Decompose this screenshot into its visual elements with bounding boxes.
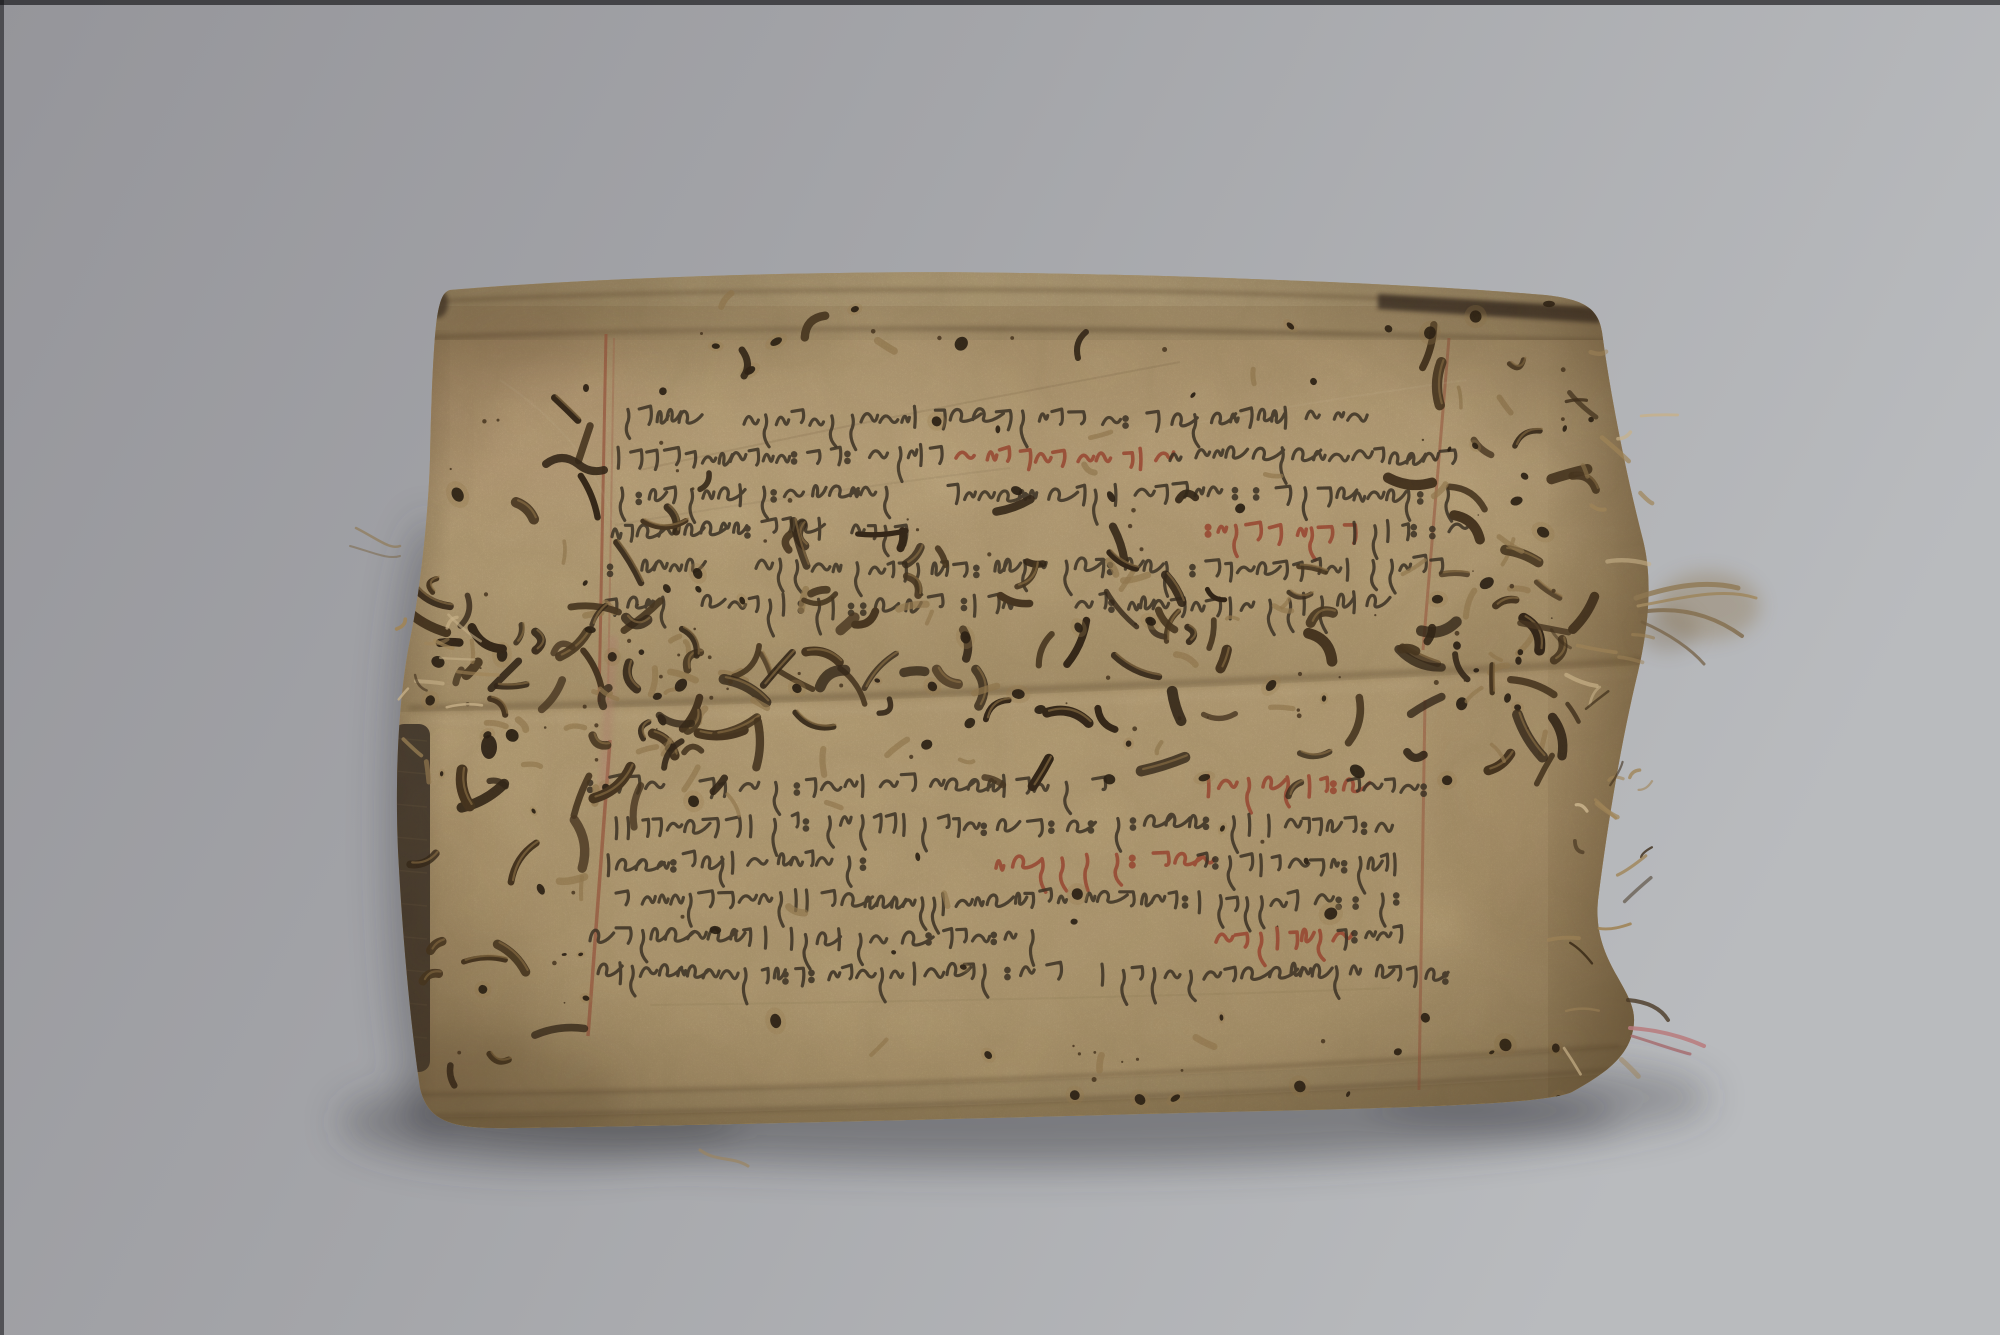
photo-top-edge: [0, 0, 2000, 5]
manuscript-photo: [0, 0, 2000, 1335]
book-inner: [320, 250, 1670, 1156]
scene: [0, 0, 2000, 1335]
photo-left-edge: [0, 0, 4, 1335]
manuscript-photo-svg: [0, 0, 2000, 1335]
manuscript-book: [320, 250, 1678, 1156]
paper-blotch-texture: [380, 250, 1670, 1150]
fiber-tuft: [1638, 608, 1698, 652]
